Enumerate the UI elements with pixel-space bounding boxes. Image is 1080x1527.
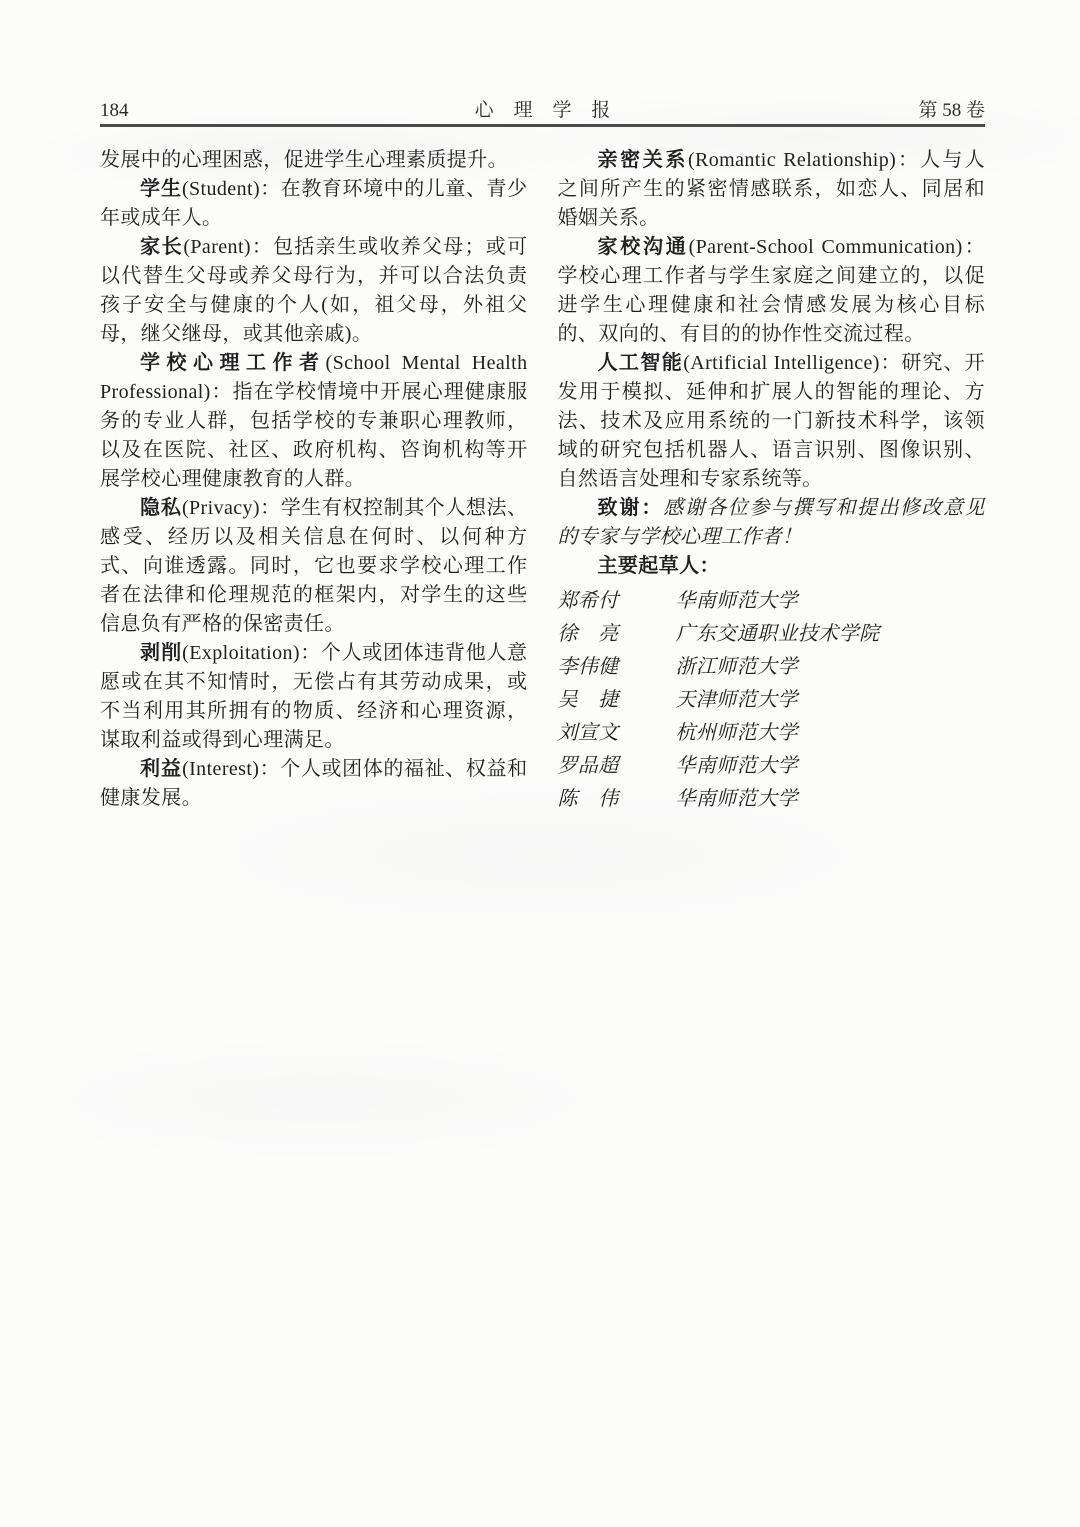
drafters-heading: 主要起草人： [558,552,986,581]
para-parent-school-communication: 家校沟通(Parent-School Communication)：学校心理工作… [558,233,986,349]
para-text: 发展中的心理困惑，促进学生心理素质提升。 [100,149,508,171]
acknowledgement-label: 致谢： [598,497,664,519]
drafter-row: 李伟健 浙江师范大学 [558,651,986,684]
para-privacy: 隐私(Privacy)：学生有权控制其个人想法、感受、经历以及相关信息在何时、以… [100,494,528,639]
term-label: 剥削 [140,642,182,664]
drafter-name: 徐 亮 [558,618,676,651]
term-label: 家校沟通 [598,236,689,258]
drafter-affiliation: 广东交通职业技术学院 [676,618,986,651]
para-school-mental-health-professional: 学校心理工作者(School Mental Health Professiona… [100,349,528,494]
drafter-affiliation: 天津师范大学 [676,684,986,717]
term-label: 家长 [140,236,183,258]
drafter-row: 陈 伟 华南师范大学 [558,783,986,816]
drafter-affiliation: 浙江师范大学 [676,651,986,684]
term-label: 人工智能 [598,352,684,374]
content-columns: 发展中的心理困惑，促进学生心理素质提升。 学生(Student)：在教育环境中的… [100,146,985,816]
para-student: 学生(Student)：在教育环境中的儿童、青少年或成年人。 [100,175,528,233]
volume-label: 第 58 卷 [630,95,985,122]
left-column: 发展中的心理困惑，促进学生心理素质提升。 学生(Student)：在教育环境中的… [100,146,528,816]
drafter-name: 刘宣文 [558,717,676,750]
page-header: 184 心理学报 第 58 卷 [100,95,985,122]
drafter-name: 郑希付 [558,585,676,618]
term-label: 学生 [140,178,182,200]
para-exploitation: 剥削(Exploitation)：个人或团体违背他人意愿或在其不知情时，无偿占有… [100,639,528,755]
term-label: 隐私 [140,497,182,519]
drafter-name: 李伟健 [558,651,676,684]
drafter-name: 陈 伟 [558,783,676,816]
page-number: 184 [100,100,455,122]
drafter-row: 徐 亮 广东交通职业技术学院 [558,618,986,651]
drafter-affiliation: 华南师范大学 [676,750,986,783]
drafter-name: 罗品超 [558,750,676,783]
acknowledgement: 致谢：感谢各位参与撰写和提出修改意见的专家与学校心理工作者！ [558,494,986,552]
drafter-affiliation: 杭州师范大学 [676,717,986,750]
drafter-name: 吴 捷 [558,684,676,717]
term-label: 亲密关系 [598,149,688,171]
right-column: 亲密关系(Romantic Relationship)：人与人之间所产生的紧密情… [558,146,986,816]
journal-title: 心理学报 [455,95,631,122]
term-label: 学校心理工作者 [140,352,326,374]
drafter-row: 罗品超 华南师范大学 [558,750,986,783]
para-artificial-intelligence: 人工智能(Artificial Intelligence)：研究、开发用于模拟、… [558,349,986,494]
drafter-affiliation: 华南师范大学 [676,783,986,816]
drafter-row: 吴 捷 天津师范大学 [558,684,986,717]
header-rule [100,124,985,127]
para-parent: 家长(Parent)：包括亲生或收养父母；或可以代替生父母或养父母行为，并可以合… [100,233,528,349]
drafters-list: 郑希付 华南师范大学 徐 亮 广东交通职业技术学院 李伟健 浙江师范大学 吴 捷… [558,585,986,816]
drafter-row: 郑希付 华南师范大学 [558,585,986,618]
para-interest: 利益(Interest)：个人或团体的福祉、权益和健康发展。 [100,755,528,813]
drafter-affiliation: 华南师范大学 [676,585,986,618]
drafter-row: 刘宣文 杭州师范大学 [558,717,986,750]
para-continuation: 发展中的心理困惑，促进学生心理素质提升。 [100,146,528,175]
journal-page: 184 心理学报 第 58 卷 发展中的心理困惑，促进学生心理素质提升。 学生(… [0,0,1080,1527]
para-romantic-relationship: 亲密关系(Romantic Relationship)：人与人之间所产生的紧密情… [558,146,986,233]
term-label: 利益 [140,758,182,780]
